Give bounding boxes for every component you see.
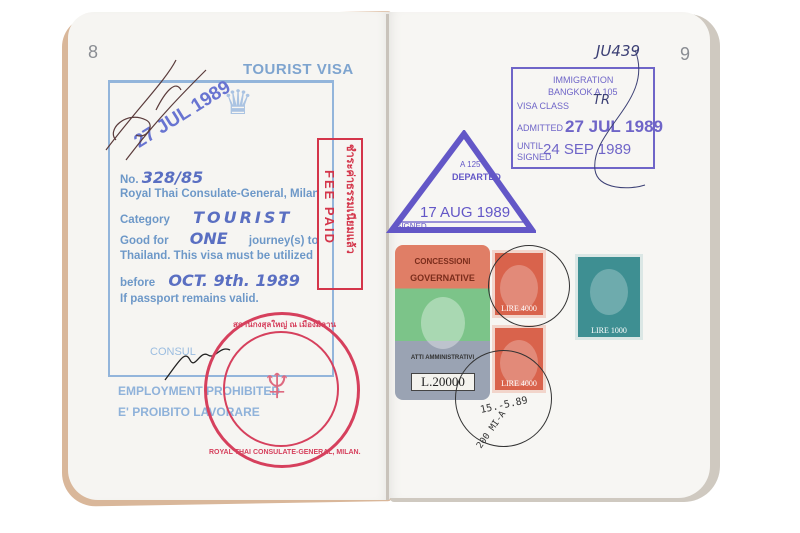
helmeted-head-icon [421, 297, 465, 349]
head-icon [590, 269, 628, 315]
visa-issuer: Royal Thai Consulate-General, Milan [120, 188, 319, 200]
consulate-seal: สถานกงสุลใหญ่ ณ เมืองมิลาน ROYAL THAI CO… [204, 312, 360, 468]
fee-paid-stamp: ชำระค่าธรรมเนียมแล้ว FEE PAID [317, 138, 363, 290]
handwritten-loop-icon [580, 40, 650, 200]
open-passport: 8 9 TOURIST VISA ♛ 27 JUL 1989 No. 328/8… [0, 0, 800, 533]
good-for-label: Good for [120, 235, 169, 247]
postmark-ring-top [488, 245, 570, 327]
visa-number-label: No. [120, 174, 139, 186]
stamp-banner-text: GOVERNATIVE [395, 273, 490, 283]
fee-paid-thai: ชำระค่าธรรมเนียมแล้ว [341, 144, 359, 254]
departure-signed: SIGNED [396, 222, 427, 231]
category-value: TOURIST [193, 208, 292, 227]
passport-spine [386, 14, 389, 500]
signature-icon [96, 50, 216, 170]
journeys-text: journey(s) to [249, 235, 319, 247]
visa-number-value: 328/85 [142, 168, 204, 187]
postmark-ring-bottom [455, 350, 552, 447]
fee-paid-english: FEE PAID [322, 170, 337, 245]
visa-thailand-line: Thailand. This visa must be utilized [120, 250, 313, 262]
tourist-visa-title: TOURIST VISA [243, 61, 354, 78]
page-number-right: 9 [680, 44, 690, 65]
category-label: Category [120, 214, 170, 226]
departure-status: DEPARTED [452, 172, 501, 182]
stamp-denomination: LIRE 1000 [578, 326, 640, 335]
good-for-value: ONE [190, 229, 228, 248]
stamp-top-text: CONCESSIONI [395, 257, 490, 266]
visa-class-label: VISA CLASS [517, 101, 569, 111]
departure-code: A 125 [460, 160, 480, 169]
before-value: OCT. 9th. 1989 [168, 271, 300, 290]
validity-note: If passport remains valid. [120, 293, 259, 305]
before-label: before [120, 277, 155, 289]
departure-date: 17 AUG 1989 [420, 204, 510, 221]
garuda-emblem-icon: ♆ [247, 349, 307, 419]
seal-english-text: ROYAL THAI CONSULATE-GENERAL, MILAN. [209, 449, 361, 456]
seal-thai-text: สถานกงสุลใหญ่ ณ เมืองมิลาน [233, 318, 336, 331]
revenue-stamp-1000: LIRE 1000 [575, 254, 643, 340]
